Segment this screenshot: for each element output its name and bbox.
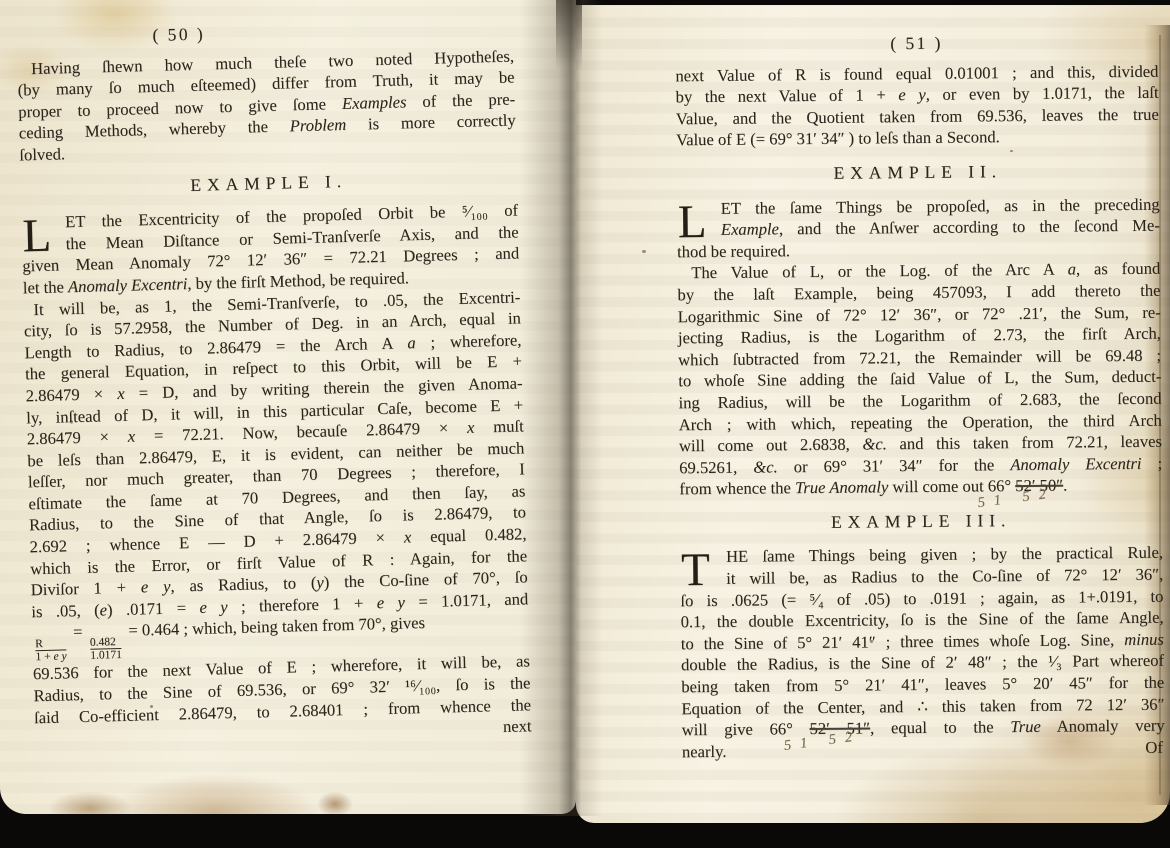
text-line: from whence the True Anomaly will come o… — [679, 474, 1162, 500]
paragraph: The Value of L, or the Log. of the Arc A… — [677, 258, 1162, 500]
paragraph: LET the Excentricity of the propoſed Orb… — [21, 200, 520, 299]
book-scan: ( 50 )Having ſhewn how much theſe two no… — [0, 0, 1170, 848]
text-line: Value of E (= 69° 31′ 34″ ) to leſs than… — [676, 125, 1159, 151]
paragraph: It will be, as 1, the Semi-Tranſverſe, t… — [23, 286, 532, 750]
example-heading: EXAMPLE III. — [680, 509, 1163, 535]
catchword: Of — [1145, 736, 1163, 758]
example-heading: EXAMPLE II. — [676, 160, 1159, 186]
paragraph: THE ſame Things being given ; by the pra… — [680, 542, 1165, 763]
page-right-text: ( 51 )next Value of R is found equal 0.0… — [675, 31, 1165, 763]
page-left: ( 50 )Having ſhewn how much theſe two no… — [0, 0, 576, 814]
paragraph: Having ſhewn how much theſe two noted Hy… — [17, 45, 517, 166]
page-right: ( 51 )next Value of R is found equal 0.0… — [576, 5, 1170, 823]
paragraph: next Value of R is found equal 0.01001 ;… — [675, 60, 1159, 151]
page-number: ( 51 ) — [675, 31, 1158, 57]
stacked-fraction: 0.4821.0171 — [90, 637, 122, 662]
text-line: nearly.Of — [682, 736, 1165, 762]
paragraph: LET the ſame Things be propoſed, as in t… — [677, 193, 1161, 262]
gutter-top-shadow — [556, 0, 582, 70]
page-left-text: ( 50 )Having ſhewn how much theſe two no… — [16, 15, 532, 750]
example-heading: EXAMPLE I. — [20, 166, 517, 201]
page-number: ( 50 ) — [0, 18, 428, 53]
paper-speck — [642, 250, 646, 253]
stacked-fraction: R1 + e y — [35, 639, 67, 664]
